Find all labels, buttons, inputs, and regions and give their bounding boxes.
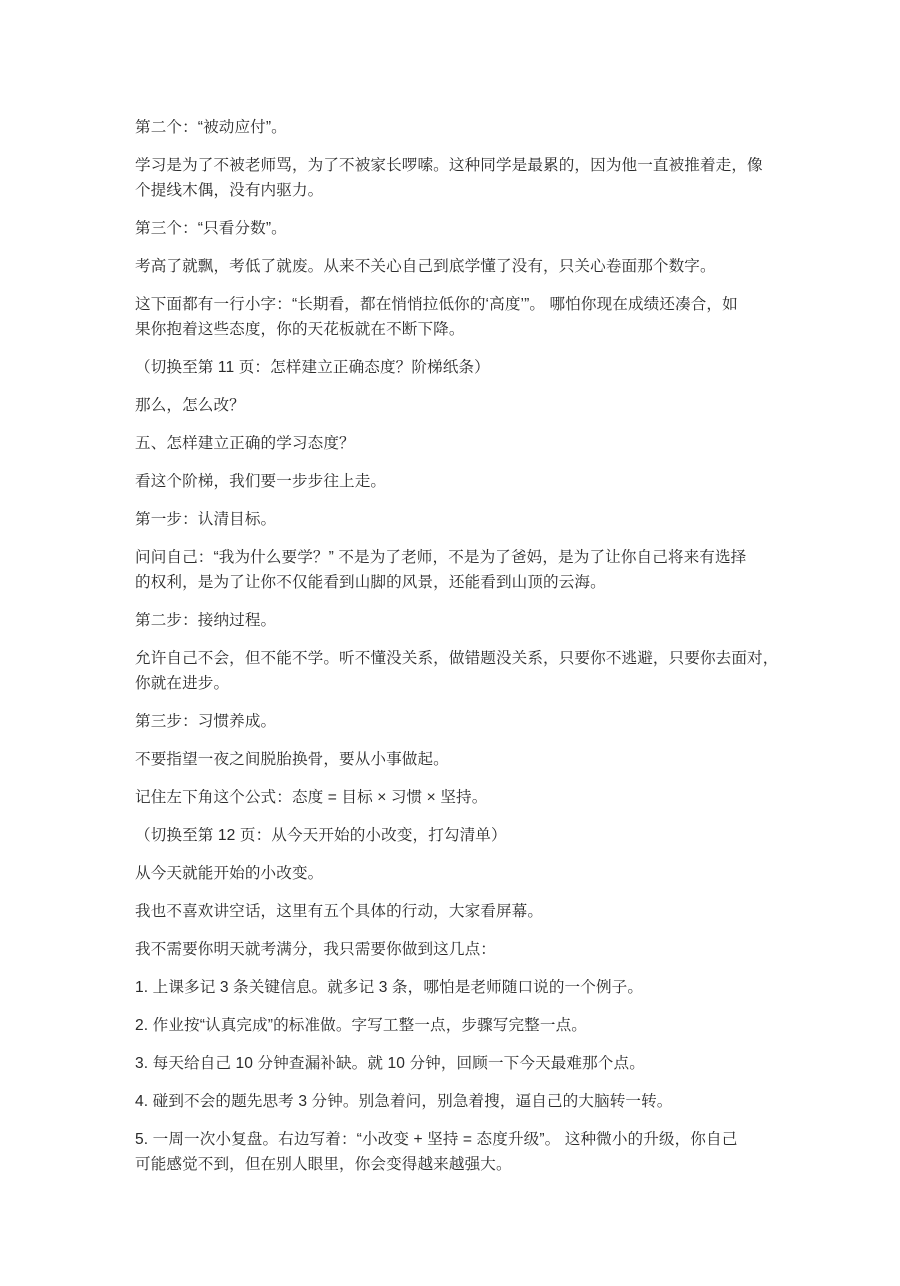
text-line: 2. 作业按“认真完成”的标准做。字写工整一点，步骤写完整一点。 (135, 1013, 775, 1038)
text-line: 这下面都有一行小字：“长期看，都在悄悄拉低你的‘高度’”。 哪怕你现在成绩还凑合… (135, 292, 775, 317)
paragraph: 五、怎样建立正确的学习态度？ (135, 431, 775, 456)
paragraph: 不要指望一夜之间脱胎换骨，要从小事做起。 (135, 747, 775, 772)
paragraph: 我不需要你明天就考满分，我只需要你做到这几点： (135, 937, 775, 962)
text-line: 第二步：接纳过程。 (135, 608, 775, 633)
paragraph: （切换至第 11 页：怎样建立正确态度？阶梯纸条） (135, 355, 775, 380)
text-line: 的权利，是为了让你不仅能看到山脚的风景，还能看到山顶的云海。 (135, 570, 775, 595)
paragraph: 2. 作业按“认真完成”的标准做。字写工整一点，步骤写完整一点。 (135, 1013, 775, 1038)
text-line: 问问自己：“我为什么要学？” 不是为了老师，不是为了爸妈，是为了让你自己将来有选… (135, 545, 775, 570)
document-page: 第二个：“被动应付”。学习是为了不被老师骂，为了不被家长啰嗦。这种同学是最累的，… (0, 0, 900, 1286)
paragraph: 那么，怎么改？ (135, 393, 775, 418)
text-line: 从今天就能开始的小改变。 (135, 861, 775, 886)
text-line: （切换至第 11 页：怎样建立正确态度？阶梯纸条） (135, 355, 775, 380)
paragraph: 1. 上课多记 3 条关键信息。就多记 3 条，哪怕是老师随口说的一个例子。 (135, 975, 775, 1000)
text-line: 第三个：“只看分数”。 (135, 216, 775, 241)
paragraph: 5. 一周一次小复盘。右边写着：“小改变 + 坚持 = 态度升级”。 这种微小的… (135, 1127, 775, 1177)
text-line: 我也不喜欢讲空话，这里有五个具体的行动，大家看屏幕。 (135, 899, 775, 924)
text-line: 第三步：习惯养成。 (135, 709, 775, 734)
document-body: 第二个：“被动应付”。学习是为了不被老师骂，为了不被家长啰嗦。这种同学是最累的，… (135, 115, 775, 1190)
text-line: 五、怎样建立正确的学习态度？ (135, 431, 775, 456)
paragraph: 学习是为了不被老师骂，为了不被家长啰嗦。这种同学是最累的，因为他一直被推着走，像… (135, 153, 775, 203)
text-line: 可能感觉不到，但在别人眼里，你会变得越来越强大。 (135, 1152, 775, 1177)
text-line: 你就在进步。 (135, 671, 775, 696)
text-line: 4. 碰到不会的题先思考 3 分钟。别急着问，别急着搜，逼自己的大脑转一转。 (135, 1089, 775, 1114)
text-line: 记住左下角这个公式：态度 = 目标 × 习惯 × 坚持。 (135, 785, 775, 810)
text-line: 学习是为了不被老师骂，为了不被家长啰嗦。这种同学是最累的，因为他一直被推着走，像 (135, 153, 775, 178)
paragraph: 第三步：习惯养成。 (135, 709, 775, 734)
text-line: 不要指望一夜之间脱胎换骨，要从小事做起。 (135, 747, 775, 772)
paragraph: 看这个阶梯，我们要一步步往上走。 (135, 469, 775, 494)
text-line: 个提线木偶，没有内驱力。 (135, 178, 775, 203)
text-line: 那么，怎么改？ (135, 393, 775, 418)
paragraph: 问问自己：“我为什么要学？” 不是为了老师，不是为了爸妈，是为了让你自己将来有选… (135, 545, 775, 595)
paragraph: 我也不喜欢讲空话，这里有五个具体的行动，大家看屏幕。 (135, 899, 775, 924)
paragraph: 4. 碰到不会的题先思考 3 分钟。别急着问，别急着搜，逼自己的大脑转一转。 (135, 1089, 775, 1114)
text-line: 看这个阶梯，我们要一步步往上走。 (135, 469, 775, 494)
paragraph: 第二步：接纳过程。 (135, 608, 775, 633)
text-line: 第二个：“被动应付”。 (135, 115, 775, 140)
paragraph: 第一步：认清目标。 (135, 507, 775, 532)
paragraph: 3. 每天给自己 10 分钟查漏补缺。就 10 分钟，回顾一下今天最难那个点。 (135, 1051, 775, 1076)
text-line: 果你抱着这些态度，你的天花板就在不断下降。 (135, 317, 775, 342)
text-line: 我不需要你明天就考满分，我只需要你做到这几点： (135, 937, 775, 962)
text-line: 考高了就飘，考低了就废。从来不关心自己到底学懂了没有，只关心卷面那个数字。 (135, 254, 775, 279)
text-line: 1. 上课多记 3 条关键信息。就多记 3 条，哪怕是老师随口说的一个例子。 (135, 975, 775, 1000)
text-line: 5. 一周一次小复盘。右边写着：“小改变 + 坚持 = 态度升级”。 这种微小的… (135, 1127, 775, 1152)
paragraph: 第三个：“只看分数”。 (135, 216, 775, 241)
paragraph: 考高了就飘，考低了就废。从来不关心自己到底学懂了没有，只关心卷面那个数字。 (135, 254, 775, 279)
paragraph: 第二个：“被动应付”。 (135, 115, 775, 140)
paragraph: 记住左下角这个公式：态度 = 目标 × 习惯 × 坚持。 (135, 785, 775, 810)
text-line: 第一步：认清目标。 (135, 507, 775, 532)
text-line: 3. 每天给自己 10 分钟查漏补缺。就 10 分钟，回顾一下今天最难那个点。 (135, 1051, 775, 1076)
text-line: （切换至第 12 页：从今天开始的小改变，打勾清单） (135, 823, 775, 848)
text-line: 允许自己不会，但不能不学。听不懂没关系，做错题没关系，只要你不逃避，只要你去面对… (135, 646, 775, 671)
paragraph: 允许自己不会，但不能不学。听不懂没关系，做错题没关系，只要你不逃避，只要你去面对… (135, 646, 775, 696)
paragraph: （切换至第 12 页：从今天开始的小改变，打勾清单） (135, 823, 775, 848)
paragraph: 这下面都有一行小字：“长期看，都在悄悄拉低你的‘高度’”。 哪怕你现在成绩还凑合… (135, 292, 775, 342)
paragraph: 从今天就能开始的小改变。 (135, 861, 775, 886)
